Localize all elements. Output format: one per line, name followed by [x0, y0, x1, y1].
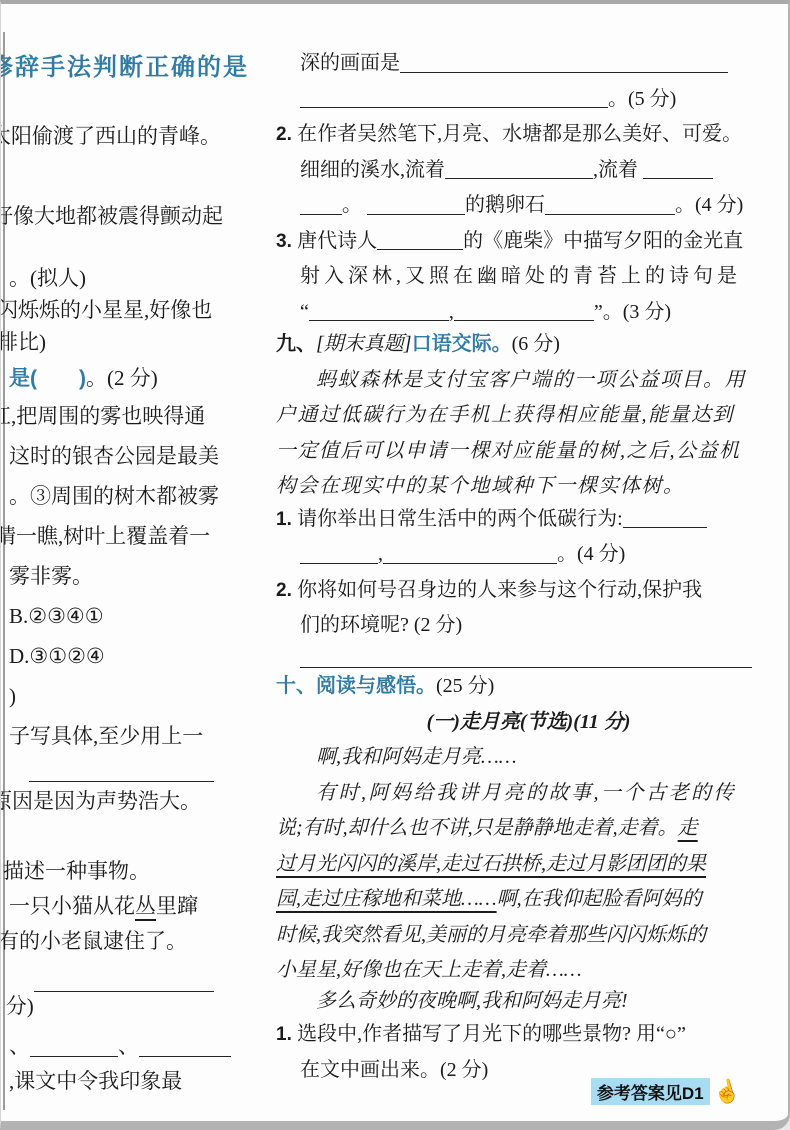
- text-line: D.③①②④: [9, 636, 249, 676]
- text-segment: 你将如何号召身边的人来参与这个行动,保护我: [297, 579, 702, 601]
- text-segment: 户通过低碳行为在手机上获得相应能量,能量达到: [276, 404, 734, 426]
- text-segment: 九、: [276, 333, 316, 355]
- text-line: 好像大地都被震得颤动起: [1, 196, 249, 236]
- text-segment: (25 分): [436, 675, 494, 697]
- text-line: 子写具体,至少用上一: [9, 716, 249, 756]
- text-line: 有时,阿妈给我讲月亮的故事,一个古老的传: [276, 776, 781, 812]
- answer-reference-row: 参考答案见D1 ☝: [591, 1078, 740, 1105]
- text-segment: 有时,阿妈给我讲月亮的故事,一个古老的传: [316, 782, 736, 804]
- text-segment: 啊,我和阿妈走月亮……: [316, 746, 517, 768]
- text-segment: 红,把周围的雾也映得通: [1, 404, 205, 428]
- text-segment: ,课文中令我印象最: [9, 1069, 182, 1093]
- text-segment: 们的环境呢? (2 分): [300, 614, 462, 636]
- text-line: 2. 你将如何号召身边的人来参与这个行动,保护我: [276, 573, 781, 609]
- text-line: 太阳偷渡了西山的青峰。: [1, 116, 249, 156]
- text-line: 深的画面是: [276, 46, 781, 82]
- text-segment: 2.: [276, 580, 297, 601]
- text-line: 时候,我突然看见,美丽的月亮牵着那些闪闪烁烁的: [276, 918, 781, 954]
- blank-line: [454, 300, 594, 321]
- text-segment: 排比): [1, 330, 46, 354]
- text-line: 。 的鹅卵石。(4 分): [276, 188, 781, 224]
- text-segment: 唐代诗人: [297, 230, 377, 252]
- text-line: 1. 选段中,作者描写了月光下的哪些景物? 用“○”: [276, 1017, 781, 1053]
- text-line: 雾非雾。: [9, 556, 249, 596]
- text-segment: 。(拟人): [9, 266, 86, 290]
- hand-pointer-icon: ☝: [710, 1076, 743, 1108]
- text-line: 啊,我和阿妈走月亮……: [276, 740, 781, 776]
- left-column: 修辞手法判断正确的是太阳偷渡了西山的青峰。好像大地都被震得颤动起。(拟人)闪烁烁…: [1, 4, 249, 1101]
- text-segment: “: [300, 301, 309, 323]
- text-line: 户通过低碳行为在手机上获得相应能量,能量达到: [276, 398, 781, 434]
- text-segment: 闪烁烁的小星星,好像也: [1, 298, 212, 322]
- text-line: 蚂蚁森林是支付宝客户端的一项公益项目。用: [276, 363, 781, 399]
- text-segment: 啊,在我仰起脸看阿妈的: [497, 888, 702, 910]
- answer-reference-badge: 参考答案见D1: [591, 1078, 710, 1105]
- text-line: “,”。(3 分): [276, 295, 781, 331]
- section-heading-fragment: 修辞手法判断正确的是: [1, 48, 249, 88]
- text-segment: 。(4 分): [557, 543, 625, 565]
- passage-title: (一)走月亮(节选)(11 分): [276, 705, 781, 741]
- text-line: 细细的溪水,流着,流着: [276, 153, 781, 189]
- two-column-layout: 修辞手法判断正确的是太阳偷渡了西山的青峰。好像大地都被震得颤动起。(拟人)闪烁烁…: [1, 4, 788, 1101]
- text-segment: 十、阅读与感悟。: [276, 675, 436, 697]
- text-segment: 细细的溪水,流着: [300, 159, 445, 181]
- text-segment: 这时的银杏公园是最美: [9, 444, 219, 468]
- text-segment: 小星星,好像也在天上走着,走着……: [276, 959, 582, 981]
- text-line: 。③周围的树木都被雾: [9, 476, 249, 516]
- text-line: 2. 在作者吴然笔下,月亮、水塘都是那么美好、可爱。: [276, 117, 781, 153]
- text-segment: 一定值后可以申请一棵对应能量的树,之后,公益机: [276, 440, 741, 462]
- blank-line: [139, 1034, 231, 1056]
- text-segment: 。: [342, 194, 367, 216]
- text-line: 过月光闪闪的溪岸,走过石拱桥,走过月影团团的果: [276, 847, 781, 883]
- text-segment: 睛一瞧,树叶上覆盖着一: [1, 524, 210, 548]
- text-line: 睛一瞧,树叶上覆盖着一: [1, 516, 249, 556]
- text-segment: (一)走月亮(节选)(11 分): [427, 711, 631, 733]
- text-line: 一定值后可以申请一棵对应能量的树,之后,公益机: [276, 434, 781, 470]
- text-segment: 蚂蚁森林是支付宝客户端的一项公益项目。用: [316, 369, 746, 391]
- text-segment: 射入深林,又照在幽暗处的青苔上的诗句是: [300, 265, 741, 287]
- text-line: B.②③④①: [9, 596, 249, 636]
- blank-line: [445, 158, 593, 179]
- text-line: 说;有时,却什么也不讲,只是静静地走着,走着。走: [276, 811, 781, 847]
- text-line: 1. 请你举出日常生活中的两个低碳行为:: [276, 502, 781, 538]
- text-segment: 。(2 分): [86, 366, 158, 390]
- text-line: 一只小猫从花丛里蹿: [9, 886, 249, 926]
- blank-line: [309, 300, 449, 321]
- right-column: 深的画面是。(5 分)2. 在作者吴然笔下,月亮、水塘都是那么美好、可爱。细细的…: [249, 4, 781, 1101]
- text-segment: 的《鹿柴》中描写夕阳的金光直: [463, 230, 743, 252]
- text-segment: 深的画面是: [300, 52, 400, 74]
- blank-line: [377, 229, 463, 250]
- text-segment: 走: [678, 817, 698, 839]
- text-segment: 时候,我突然看见,美丽的月亮牵着那些闪闪烁烁的: [276, 924, 706, 946]
- text-line: ): [9, 676, 249, 716]
- text-line: 红,把周围的雾也映得通: [1, 396, 249, 436]
- blank-line: [30, 1034, 118, 1056]
- text-segment: 构会在现实中的某个地域种下一棵实体树。: [276, 475, 685, 497]
- text-line: 、、: [9, 1026, 249, 1066]
- text-line: 园,走过庄稼地和菜地……啊,在我仰起脸看阿妈的: [276, 882, 781, 918]
- text-segment: 、: [9, 1034, 30, 1058]
- text-line: ,课文中令我印象最: [9, 1061, 249, 1101]
- text-segment: 说;有时,却什么也不讲,只是静静地走着,走着。: [276, 817, 678, 839]
- text-segment: 丛: [135, 894, 156, 918]
- blank-line: [623, 507, 707, 528]
- text-line: 射入深林,又照在幽暗处的青苔上的诗句是: [276, 259, 781, 295]
- text-segment: 里蹿: [156, 894, 198, 918]
- text-segment: (2 分): [1, 994, 34, 1018]
- text-line: 们的环境呢? (2 分): [276, 608, 781, 644]
- text-segment: 1.: [276, 1024, 297, 1045]
- text-segment: 太阳偷渡了西山的青峰。: [1, 124, 221, 148]
- text-line: 3. 唐代诗人的《鹿柴》中描写夕阳的金光直: [276, 224, 781, 260]
- exam-paper-page: 修辞手法判断正确的是太阳偷渡了西山的青峰。好像大地都被震得颤动起。(拟人)闪烁烁…: [0, 0, 790, 1130]
- text-segment: 雾非雾。: [9, 564, 93, 588]
- blank-line: [545, 193, 675, 214]
- text-segment: 、: [118, 1034, 139, 1058]
- blank-line: [300, 542, 378, 563]
- text-segment: (6 分): [512, 333, 560, 355]
- blank-line: [300, 87, 608, 108]
- text-segment: 是( ): [9, 367, 86, 390]
- blank-line: [400, 51, 728, 72]
- text-segment: 选段中,作者描写了月光下的哪些景物? 用“○”: [297, 1023, 686, 1045]
- blank-line: [367, 193, 465, 214]
- section-heading: 九、[期末真题]口语交际。(6 分): [276, 327, 781, 363]
- text-line: 构会在现实中的某个地域种下一棵实体树。: [276, 469, 781, 505]
- text-line: 。(5 分): [276, 82, 781, 118]
- text-segment: B.②③④①: [9, 604, 104, 628]
- blank-line: [300, 647, 752, 668]
- text-segment: 多么奇妙的夜晚啊,我和阿妈走月亮!: [316, 990, 628, 1012]
- text-segment: 。(4 分): [675, 194, 743, 216]
- text-line: 是( )。(2 分): [9, 358, 249, 399]
- text-line: 多么奇妙的夜晚啊,我和阿妈走月亮!: [276, 984, 781, 1020]
- text-segment: 2.: [276, 124, 297, 145]
- text-segment: D.③①②④: [9, 644, 105, 668]
- text-segment: ): [9, 684, 16, 708]
- blank-line: [34, 969, 214, 991]
- text-line: 这时的银杏公园是最美: [9, 436, 249, 476]
- text-line: ,。(4 分): [276, 537, 781, 573]
- text-segment: 过月光闪闪的溪岸,走过石拱桥,走过月影团团的果: [276, 853, 706, 875]
- text-segment: 口语交际。: [412, 333, 512, 355]
- text-segment: 一只小猫从花: [9, 894, 135, 918]
- text-segment: ,流着: [593, 159, 643, 181]
- text-segment: 原因是因为声势浩大。: [1, 789, 201, 813]
- text-segment: 。(5 分): [608, 88, 676, 110]
- text-line: 有的小老鼠逮住了。: [1, 921, 249, 961]
- text-segment: 在文中画出来。(2 分): [300, 1059, 488, 1081]
- text-segment: [期末真题]: [316, 333, 412, 355]
- text-segment: 有的小老鼠逮住了。: [1, 929, 187, 953]
- text-segment: 请你举出日常生活中的两个低碳行为:: [297, 508, 623, 530]
- blank-line: [643, 158, 713, 179]
- text-segment: 3.: [276, 231, 297, 252]
- text-segment: 描述一种事物。: [3, 859, 150, 883]
- text-segment: ”。(3 分): [594, 301, 671, 323]
- blank-line: [29, 759, 214, 781]
- text-segment: 子写具体,至少用上一: [9, 724, 203, 748]
- text-segment: 。③周围的树木都被雾: [9, 484, 219, 508]
- text-segment: 园,走过庄稼地和菜地……: [276, 888, 497, 910]
- text-segment: 修辞手法判断正确的是: [1, 54, 249, 81]
- text-segment: 的鹅卵石: [465, 194, 545, 216]
- text-segment: 1.: [276, 509, 297, 530]
- blank-line: [383, 542, 557, 563]
- text-line: 描述一种事物。: [3, 851, 249, 891]
- blank-line: [300, 193, 342, 214]
- text-segment: 在作者吴然笔下,月亮、水塘都是那么美好、可爱。: [297, 123, 742, 145]
- text-segment: 好像大地都被震得颤动起: [1, 204, 223, 228]
